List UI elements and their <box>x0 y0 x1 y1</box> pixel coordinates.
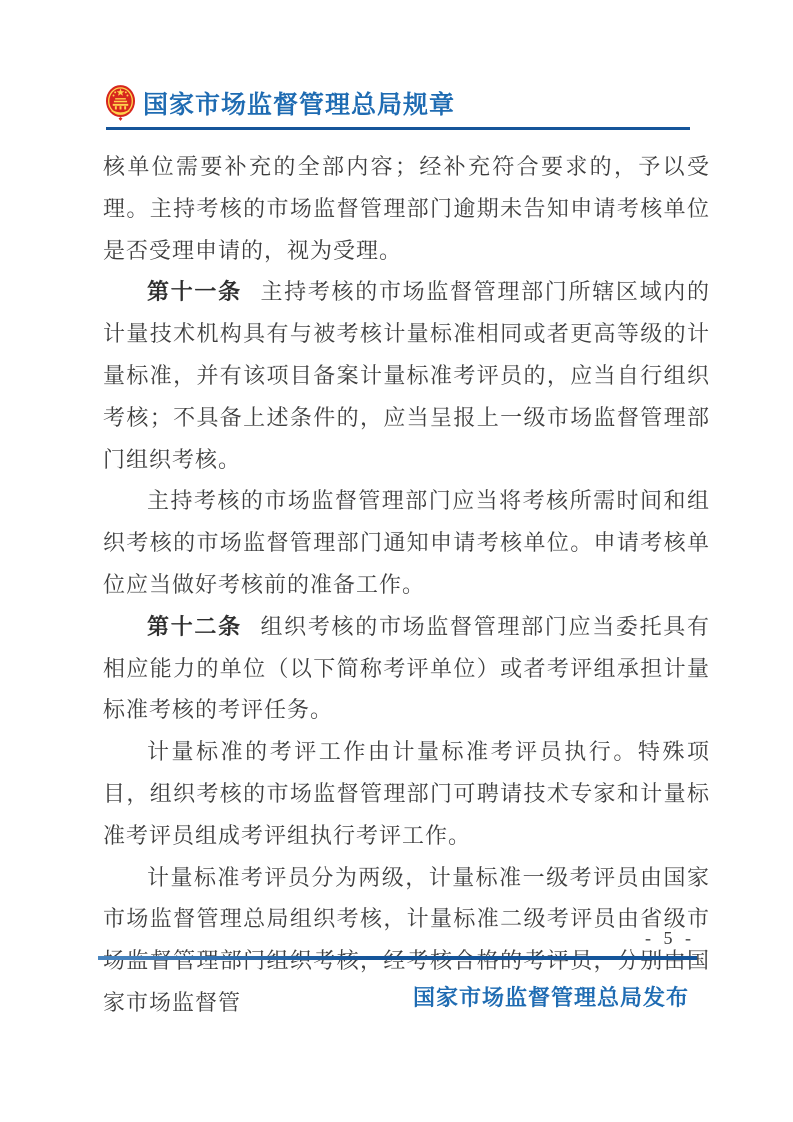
paragraph: 主持考核的市场监督管理部门应当将考核所需时间和组织考核的市场监督管理部门通知申请… <box>103 480 710 605</box>
paragraph-text: 计量标准的考评工作由计量标准考评员执行。特殊项目，组织考核的市场监督管理部门可聘… <box>103 739 710 848</box>
paragraph-text: 主持考核的市场监督管理部门应当将考核所需时间和组织考核的市场监督管理部门通知申请… <box>103 488 710 597</box>
paragraph-text: 主持考核的市场监督管理部门所辖区域内的计量技术机构具有与被考核计量标准相同或者更… <box>103 279 710 471</box>
paragraph: 计量标准的考评工作由计量标准考评员执行。特殊项目，组织考核的市场监督管理部门可聘… <box>103 731 710 856</box>
china-national-emblem-icon <box>105 84 136 121</box>
paragraph: 第十一条主持考核的市场监督管理部门所辖区域内的计量技术机构具有与被考核计量标准相… <box>103 271 710 480</box>
page-number: - 5 - <box>645 928 695 949</box>
paragraph: 核单位需要补充的全部内容；经补充符合要求的，予以受理。主持考核的市场监督管理部门… <box>103 146 710 271</box>
publisher-text: 国家市场监督管理总局发布 <box>413 981 689 1012</box>
document-header: 国家市场监督管理总局规章 <box>105 84 710 121</box>
footer-rule <box>98 956 697 960</box>
document-body-text: 核单位需要补充的全部内容；经补充符合要求的，予以受理。主持考核的市场监督管理部门… <box>103 146 710 1024</box>
header-rule <box>106 127 690 130</box>
article-number: 第十二条 <box>147 614 242 639</box>
document-page: 国家市场监督管理总局规章 核单位需要补充的全部内容；经补充符合要求的，予以受理。… <box>0 0 793 1122</box>
paragraph: 第十二条组织考核的市场监督管理部门应当委托具有相应能力的单位（以下简称考评单位）… <box>103 606 710 731</box>
article-number: 第十一条 <box>147 279 242 304</box>
header-title: 国家市场监督管理总局规章 <box>143 85 455 121</box>
paragraph-text: 核单位需要补充的全部内容；经补充符合要求的，予以受理。主持考核的市场监督管理部门… <box>103 154 710 263</box>
